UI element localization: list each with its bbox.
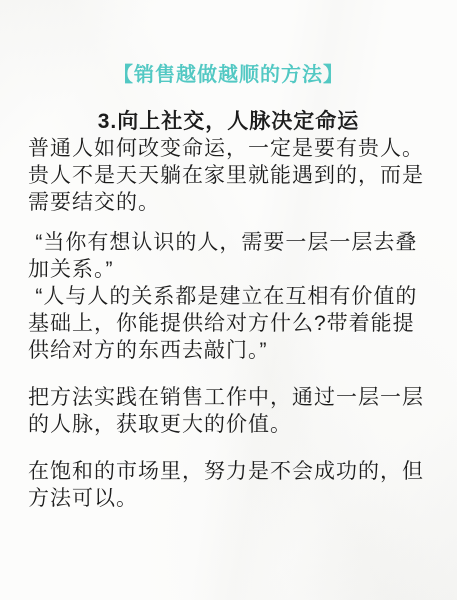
- paragraph-conclusion: 在饱和的市场里，努力是不会成功的，但方法可以。: [28, 458, 429, 512]
- post-title: 【销售越做越顺的方法】: [28, 58, 429, 87]
- paragraph-intro: 普通人如何改变命运，一定是要有贵人。贵人不是天天躺在家里就能遇到的，而是需要结交…: [28, 135, 429, 216]
- paragraph-quote-1: “当你有想认识的人，需要一层一层去叠加关系。”: [28, 229, 429, 283]
- text-post-card: 【销售越做越顺的方法】 3.向上社交，人脉决定命运 普通人如何改变命运，一定是要…: [0, 0, 457, 600]
- paragraph-practice: 把方法实践在销售工作中，通过一层一层的人脉，获取更大的价值。: [28, 384, 429, 438]
- paragraph-quote-2: “人与人的关系都是建立在互相有价值的基础上，你能提供给对方什么?带着能提供给对方…: [28, 283, 429, 364]
- section-heading: 3.向上社交，人脉决定命运: [28, 108, 429, 135]
